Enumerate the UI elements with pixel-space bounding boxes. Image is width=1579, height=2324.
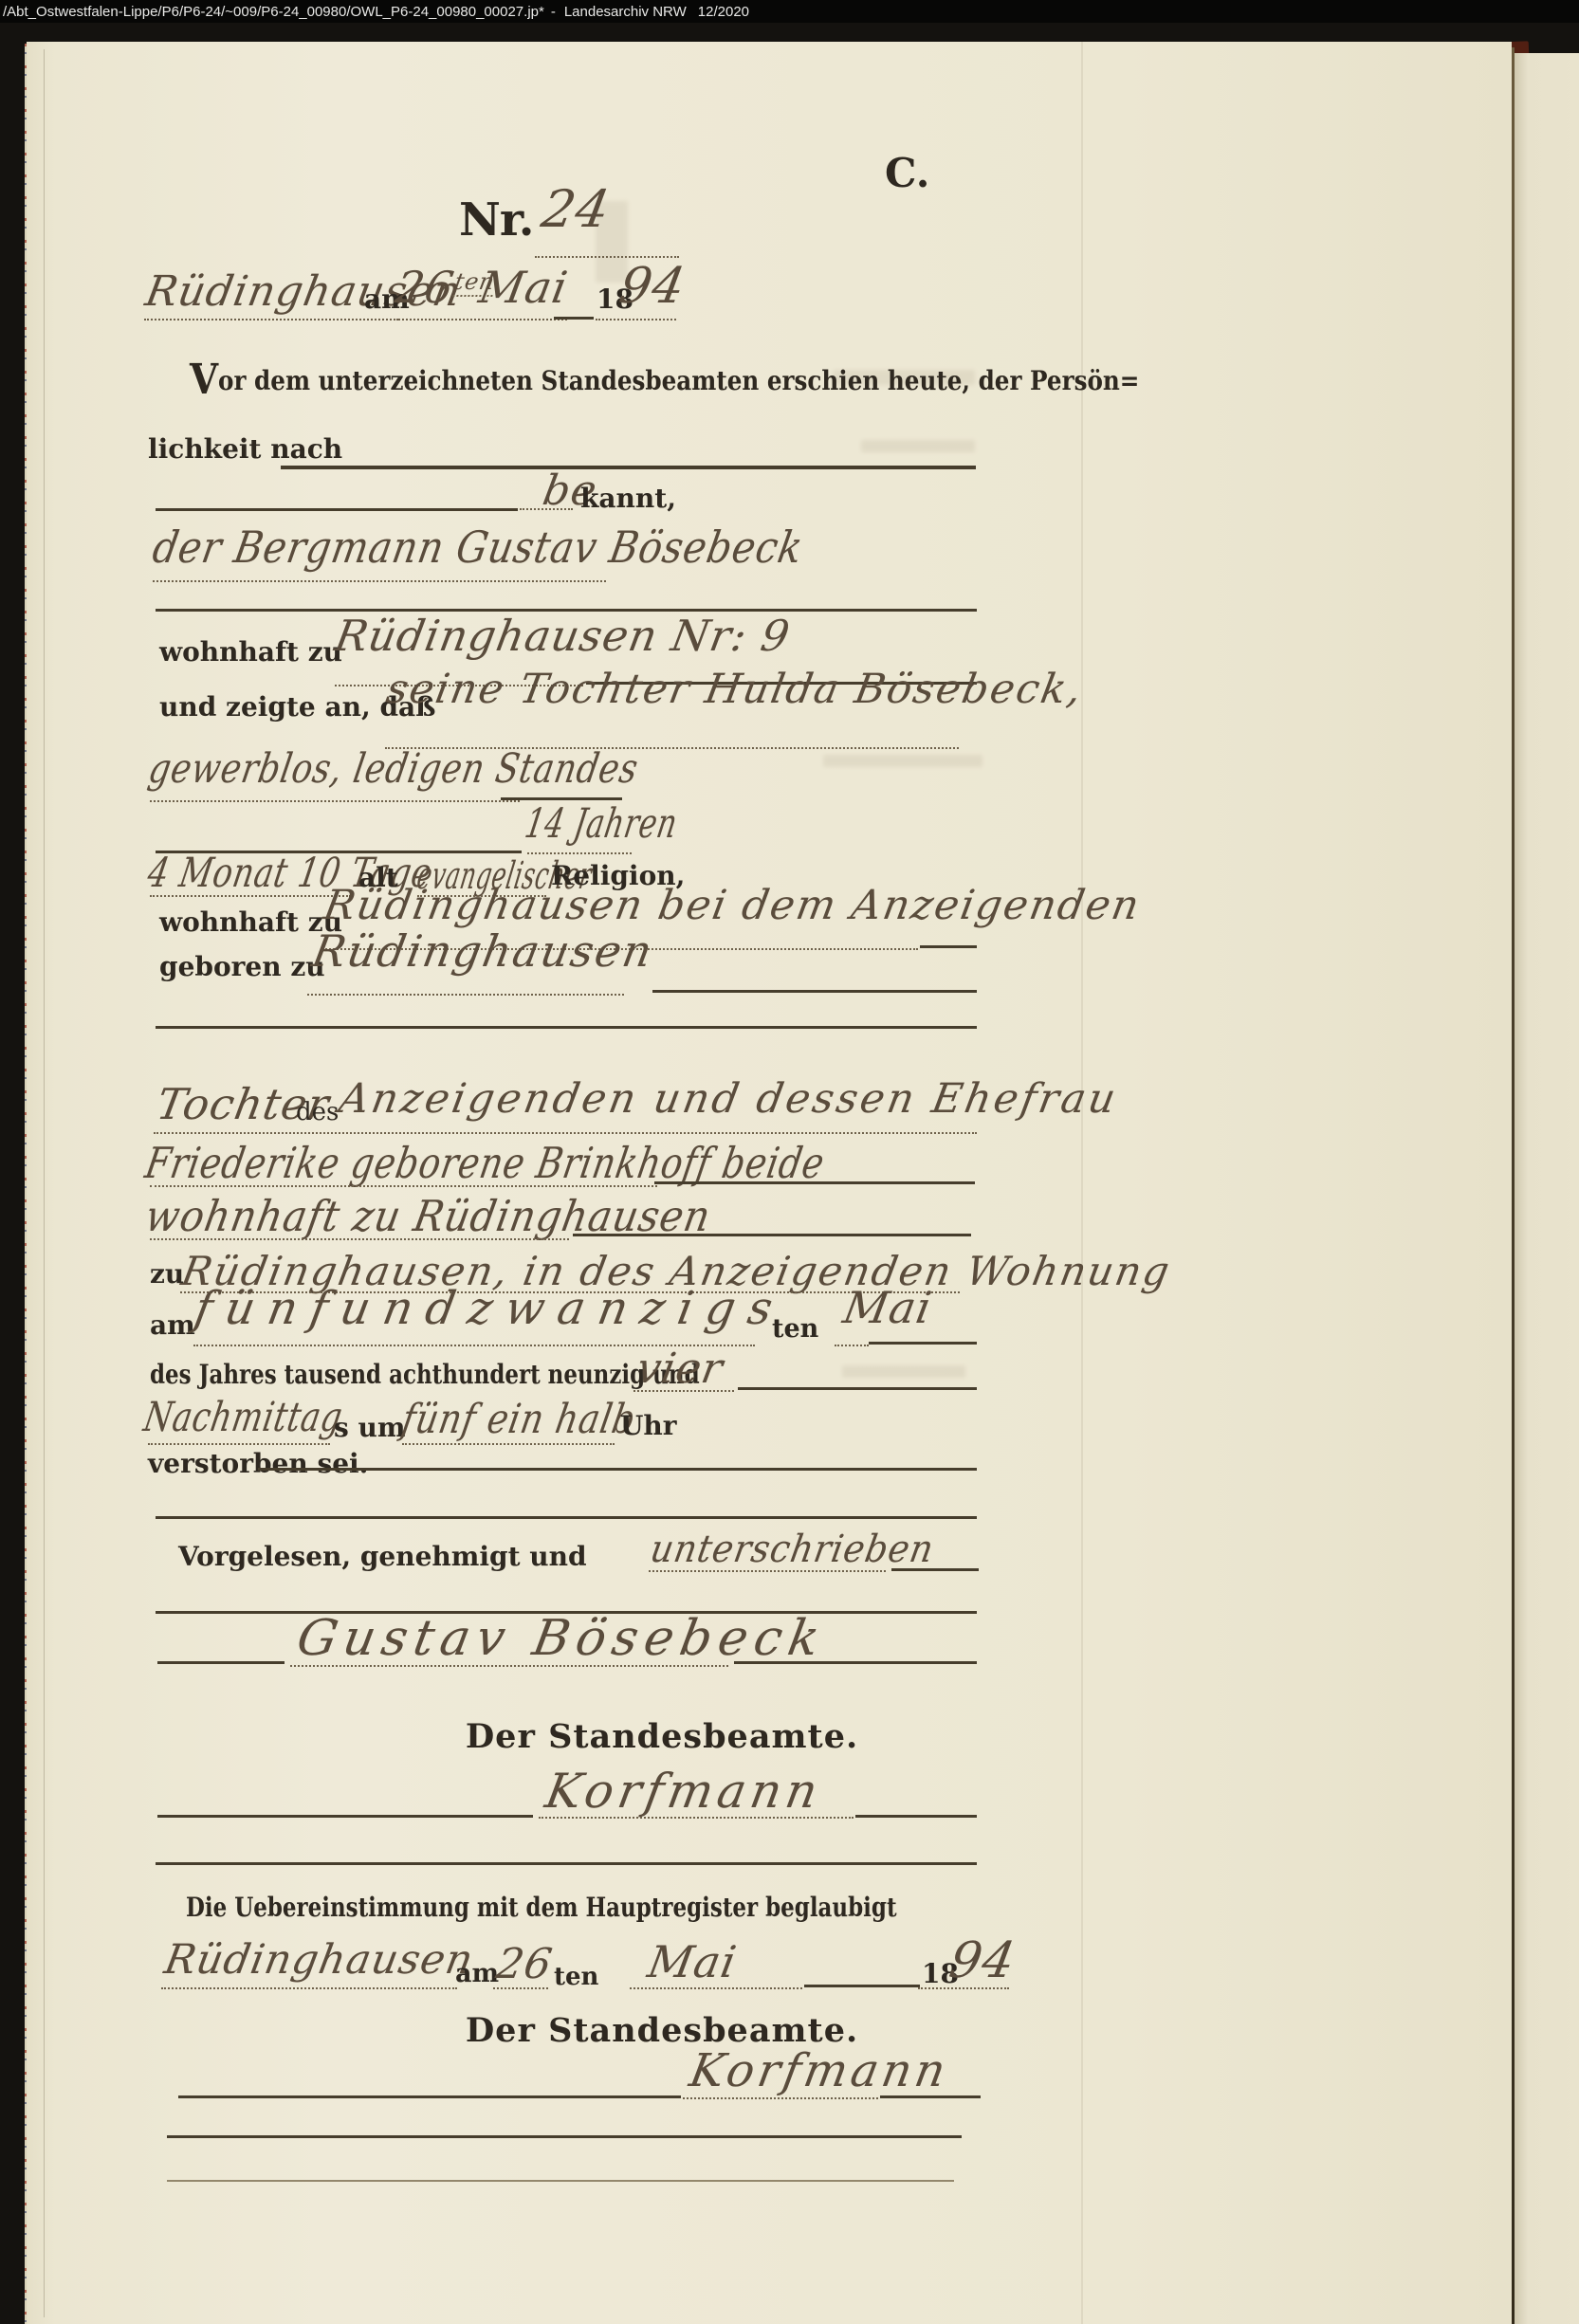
bleedthrough-mark [823,755,982,767]
certification-dateline-year: 94 [946,1936,1019,1985]
ruled-line [157,1661,285,1664]
death-year-printed: des Jahres tausend achthundert neunzig u… [150,1362,700,1388]
parents-line1-des: des [296,1100,339,1125]
intro-line1-rest: or dem unterzeichneten Standesbeamten er… [218,365,1139,396]
dotted-line [918,1987,1009,1989]
ruled-line [554,317,594,320]
intro-initial: V [190,356,218,404]
corner-mark: C. [885,154,929,193]
ruled-line [920,945,977,948]
ruled-line [738,1387,977,1390]
dotted-line [402,1443,615,1445]
status-line: gewerblos, ledigen Standes [145,749,641,790]
death-year-written: vier [633,1348,726,1390]
death-s-um-label: s um [334,1415,406,1441]
ruled-line [156,1862,977,1865]
declarant-signature: Gustav Bösebeck [293,1614,829,1663]
dotted-line [649,1570,886,1572]
bleedthrough-mark [861,440,975,452]
ruled-line [167,2180,954,2182]
dotted-line [835,1345,869,1346]
dotted-line [150,800,520,802]
ruled-line [652,990,977,993]
dotted-line [150,1185,657,1187]
parents-line1-rest: Anzeigenden und dessen Ehefrau [336,1079,1121,1120]
birthplace-value: Rüdinghausen [309,929,657,973]
file-path: /Abt_Ostwestfalen-Lippe/P6/P6-24/~009/P6… [3,4,544,20]
dateline-month: Mai [476,265,571,309]
certification-dateline-am: am [455,1961,499,1986]
ruled-line [804,1985,920,1987]
ruled-line [891,1568,979,1571]
document-page: C. Nr. 24 Rüdinghausen am 26ten Mai 18 9… [27,42,1512,2324]
parents-line2: Friederike geborene Brinkhoff beide [142,1142,828,1184]
registrar-title: Der Standesbeamte. [377,1720,946,1753]
ruled-line [880,2095,981,2098]
parents-line3: wohnhaft zu Rüdinghausen [142,1195,714,1237]
certification-registrar-title: Der Standesbeamte. [377,2014,946,2047]
ruled-line [156,1026,977,1029]
residence1-label: wohnhaft zu [159,639,342,666]
certification-dateline-month: Mai [645,1940,740,1984]
certification-dateline-ordinal: ten [554,1965,598,1989]
bekannt-printed: kannt, [580,485,676,512]
death-am-label: am [150,1312,195,1339]
dateline-year: 94 [615,262,689,311]
dateline-day-value: 26 [392,262,458,313]
dotted-line [154,1132,977,1134]
dotted-line [630,1987,802,1989]
certification-dateline-place: Rüdinghausen [161,1940,476,1981]
ruled-line [156,508,518,511]
residence2-label: wohnhaft zu [159,909,342,936]
death-day: fünfundzwanzigs [192,1286,789,1331]
left-fold-shadow [44,49,45,2317]
ruled-line [573,1234,971,1236]
ruled-line [869,1342,977,1345]
ruled-line [156,1516,977,1519]
approval-printed: Vorgelesen, genehmigt und [178,1544,587,1570]
residence2-value: Rüdinghausen bei dem Anzeigenden [321,886,1144,926]
bleedthrough-mark [842,1365,965,1378]
death-month: Mai [840,1286,935,1329]
report-value: seine Tochter Hulda Bösebeck, [383,669,1086,710]
death-closing: verstorben sei. [148,1451,368,1477]
dotted-line [683,2097,878,2099]
certification-dateline-day: 26 [493,1944,556,1985]
dotted-line [148,1443,330,1445]
death-time: fünf ein halb [398,1400,638,1440]
scan-date: 12/2020 [698,4,749,20]
dotted-line [153,580,606,582]
dotted-line [596,319,676,320]
ruled-line [157,1815,533,1818]
dotted-line [144,319,398,320]
ruled-line [258,1468,977,1471]
ruled-line [654,1181,975,1184]
ruled-line [281,466,976,469]
certification-text: Die Uebereinstimmung mit dem Hauptregist… [186,1894,897,1921]
dotted-line [150,1238,569,1240]
approval-handwritten: unterschrieben [648,1530,937,1568]
dotted-line [161,1987,457,1989]
dotted-line [493,1987,548,1989]
dotted-line [307,994,624,996]
death-uhr-label: Uhr [620,1413,677,1439]
record-number-value: 24 [538,184,614,235]
ruled-line [178,2095,681,2098]
ruled-line [734,1661,977,1664]
ruled-line [167,2135,962,2138]
dotted-line [398,319,567,320]
archive-name: Landesarchiv NRW [564,4,687,20]
viewer-titlebar: /Abt_Ostwestfalen-Lippe/P6/P6-24/~009/P6… [0,0,1579,23]
next-page-edge [1515,53,1579,2324]
dotted-line [150,895,351,897]
ruled-line [855,1815,977,1818]
dotted-line [290,1665,728,1667]
dotted-line [633,1390,734,1392]
age-years: 14 Jahren [522,804,680,845]
registrar-signature: Korfmann [542,1767,826,1815]
death-ordinal-label: ten [772,1316,818,1342]
residence1-value: Rüdinghausen Nr: 9 [332,614,794,657]
declarant-line: der Bergmann Gustav Bösebeck [150,525,807,569]
intro-line1: Vor dem unterzeichneten Standesbeamten e… [190,368,1139,394]
birthplace-label: geboren zu [159,954,325,980]
titlebar-separator: - [551,4,556,20]
record-number-label: Nr. [459,197,533,243]
death-time-of-day: Nachmittag [140,1398,345,1438]
intro-line2: lichkeit nach [148,436,342,463]
dotted-line [539,1817,854,1819]
certification-registrar-signature: Korfmann [687,2048,953,2094]
